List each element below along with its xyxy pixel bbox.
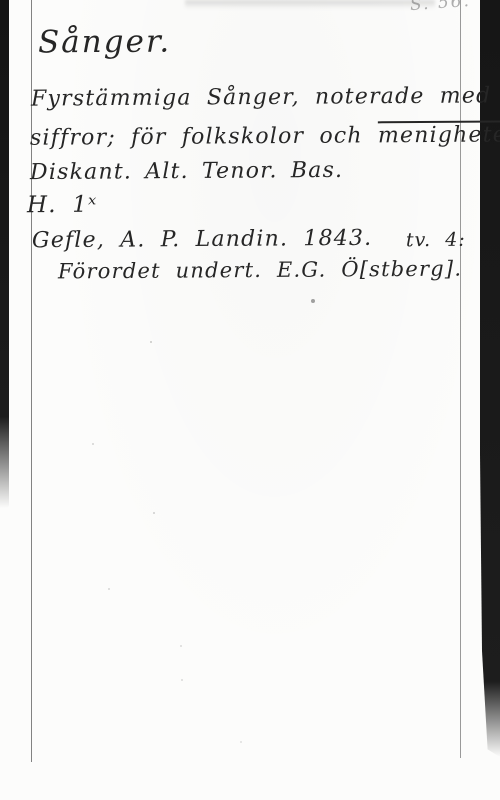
description-line-2-text: siffror; för folkskolor och — [30, 123, 378, 150]
description-line-1: Fyrstämmiga Sånger, noterade med — [31, 83, 491, 111]
manuscript-text-block: Sånger. Fyrstämmiga Sånger, noterade med… — [0, 0, 500, 800]
imprint-line: Gefle, A. P. Landin. 1843. — [32, 226, 373, 253]
volume-designation: H. 1ˣ — [27, 192, 98, 218]
card-title: Sånger. — [38, 24, 171, 61]
format-designation: tv. 4: — [406, 229, 466, 251]
description-line-2: siffror; för folkskolor och menigheten. — [30, 122, 500, 150]
scanned-catalog-card: S. 56. Sånger. Fyrstämmiga Sånger, noter… — [0, 0, 500, 800]
voice-parts-line: Diskant. Alt. Tenor. Bas. — [30, 158, 343, 185]
abbreviated-word: menigheten. — [378, 122, 500, 148]
preface-note: Förordet undert. E.G. Ö[stberg]. — [58, 257, 462, 284]
